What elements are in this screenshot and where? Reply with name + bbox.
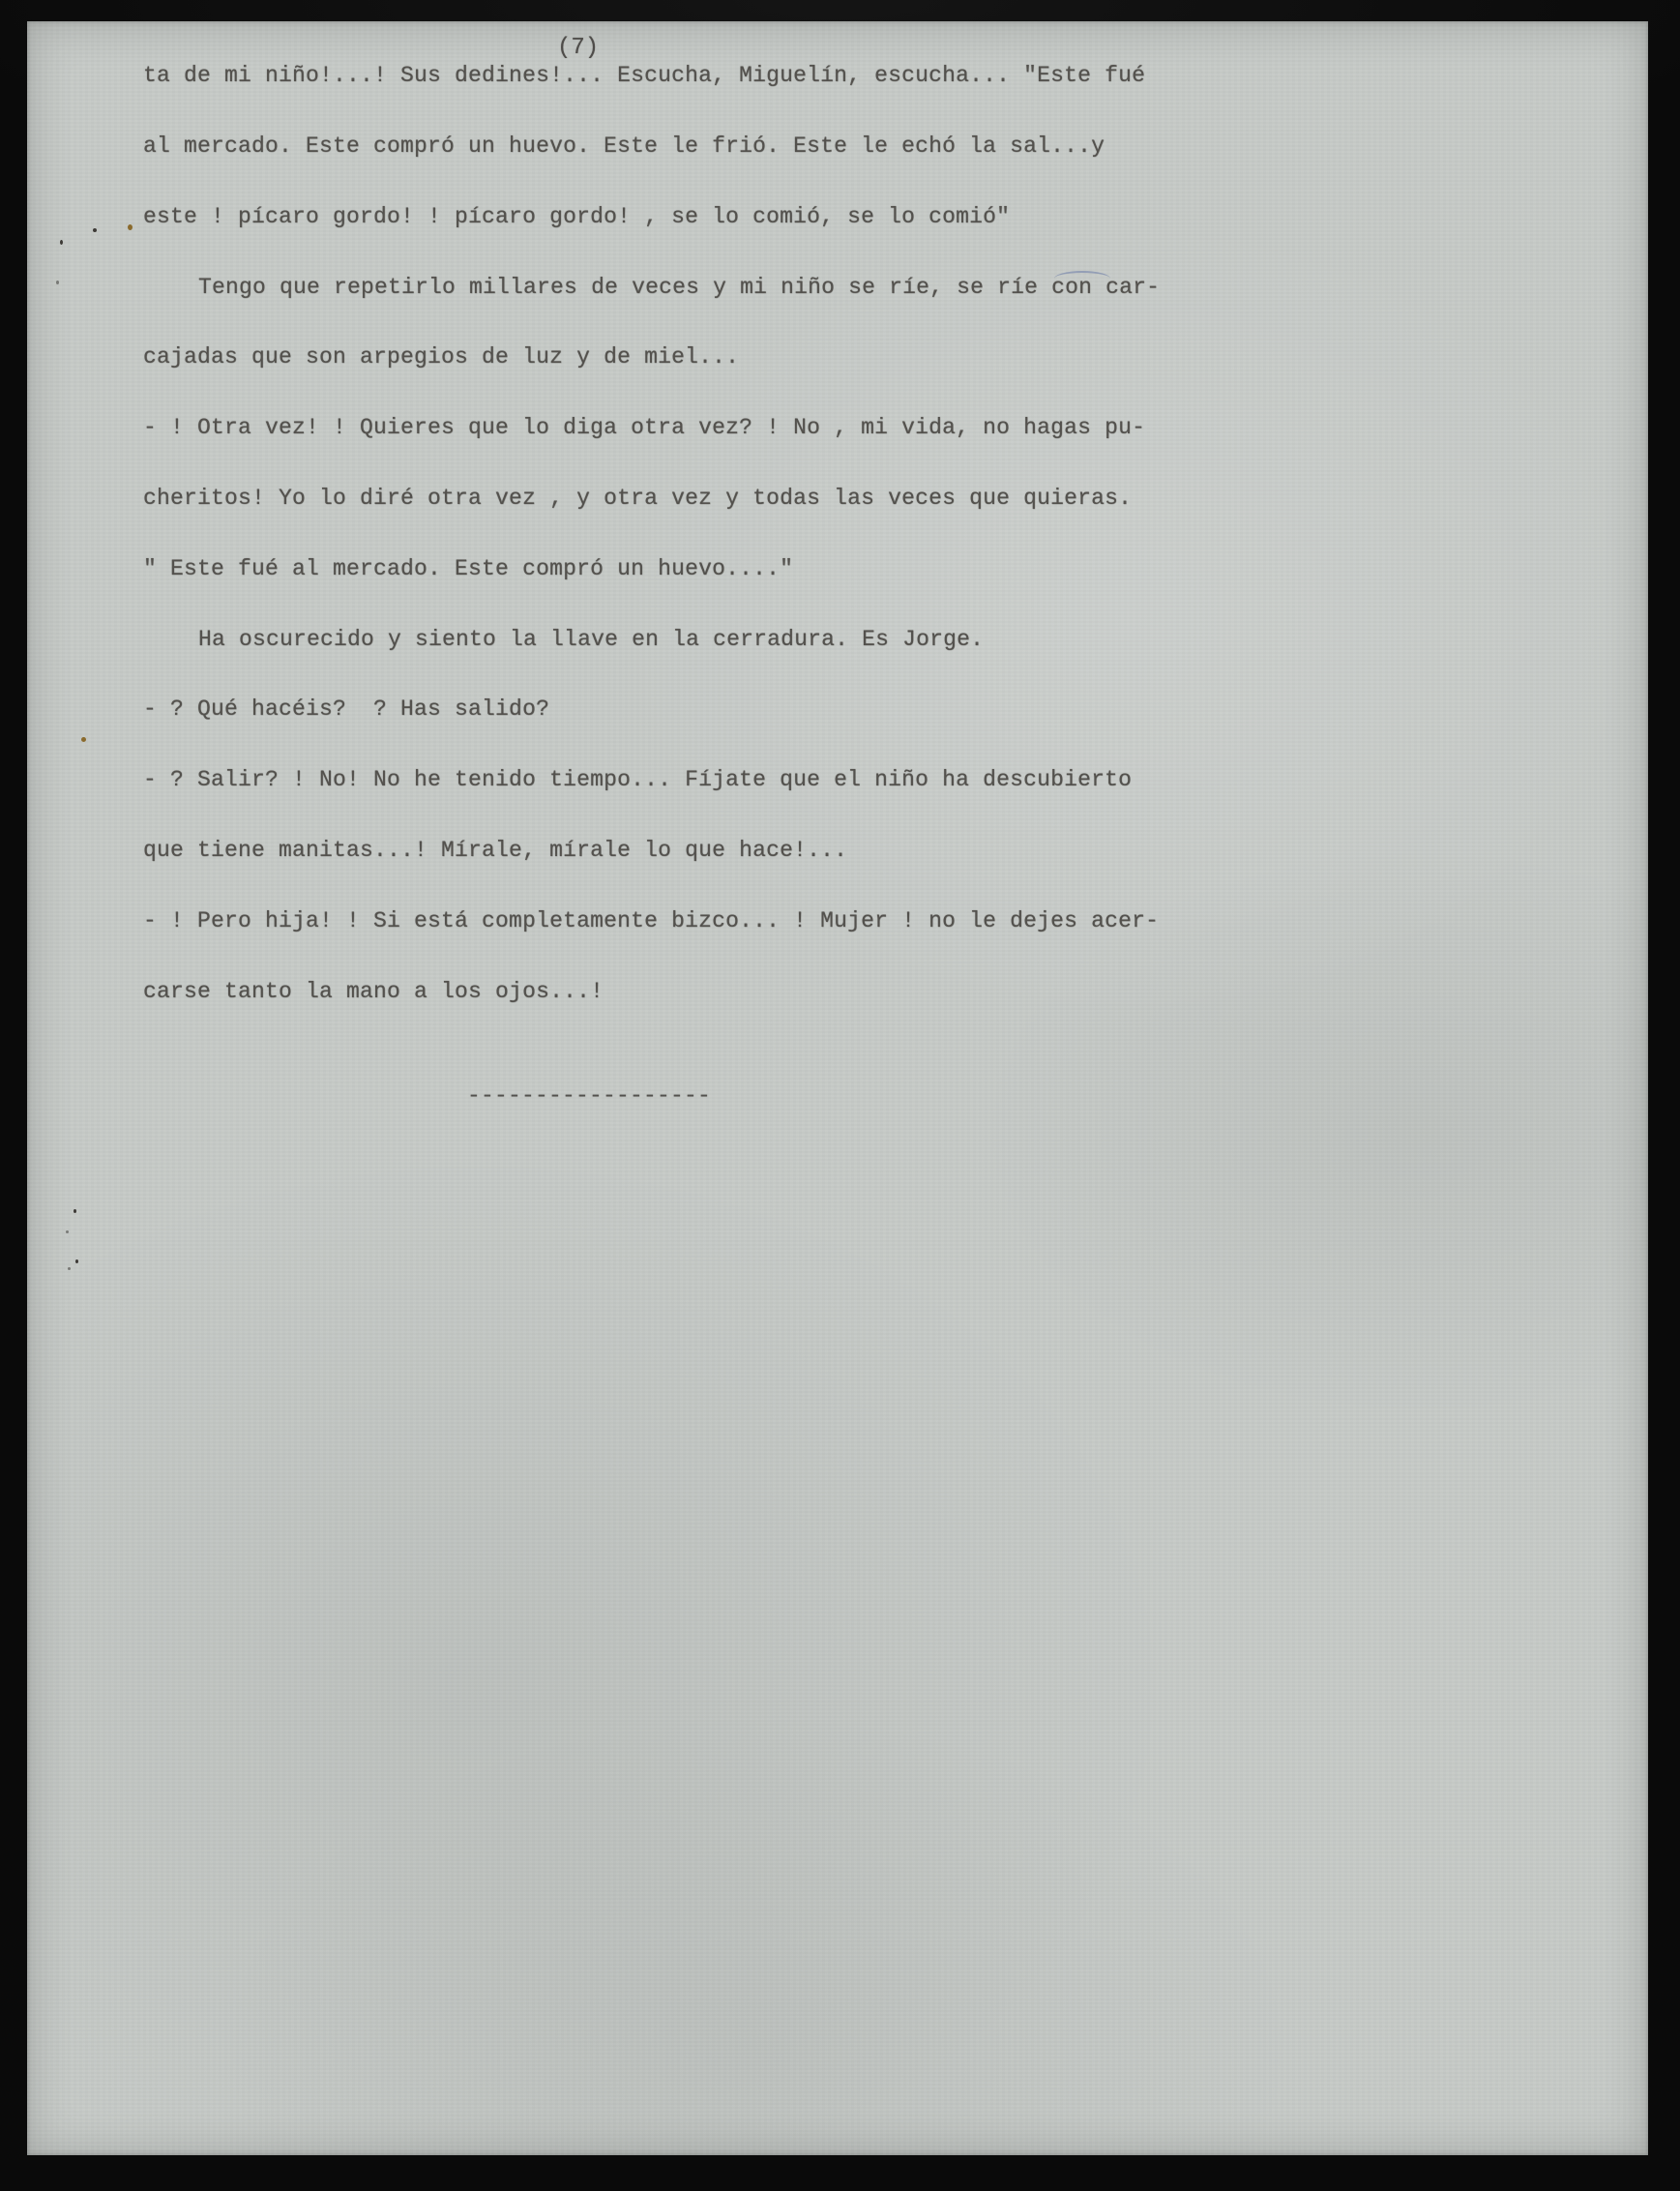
text-line: - ! Otra vez! ! Quieres que lo diga otra… (143, 393, 1145, 463)
text-line: cheritos! Yo lo diré otra vez , y otra v… (143, 462, 1132, 533)
ink-speck (66, 1230, 69, 1233)
text-line: - ? Salir? ! No! No he tenido tiempo... … (143, 745, 1132, 815)
ink-speck (93, 228, 97, 232)
paper-sheet: (7) ta de mi niño!...! Sus dedines!... E… (27, 21, 1648, 2155)
text-line: Ha oscurecido y siento la llave en la ce… (198, 604, 984, 674)
scanned-page: (7) ta de mi niño!...! Sus dedines!... E… (0, 0, 1680, 2191)
ink-speck (75, 1259, 78, 1263)
text-line: este ! pícaro gordo! ! pícaro gordo! , s… (143, 181, 1010, 252)
text-line: que tiene manitas...! Mírale, mírale lo … (143, 814, 847, 885)
text-line: - ! Pero hija! ! Si está completamente b… (143, 885, 1159, 956)
text-line: al mercado. Este compró un huevo. Este l… (143, 110, 1105, 181)
ink-speck (128, 224, 133, 230)
text-line: Tengo que repetirlo millares de veces y … (198, 252, 1160, 322)
ink-speck (81, 737, 86, 742)
ink-speck (60, 240, 63, 245)
ink-speck (68, 1267, 71, 1270)
text-line: - ? Qué hacéis? ? Has salido? (143, 674, 549, 745)
text-line: ta de mi niño!...! Sus dedines!... Escuc… (143, 41, 1145, 111)
text-line: cajadas que son arpegios de luz y de mie… (143, 322, 739, 393)
ink-speck (74, 1209, 76, 1213)
text-line: carse tanto la mano a los ojos...! (143, 956, 604, 1026)
ink-speck (56, 281, 59, 284)
section-separator: ------------------ (467, 1083, 711, 1109)
text-line: " Este fué al mercado. Este compró un hu… (143, 533, 793, 604)
